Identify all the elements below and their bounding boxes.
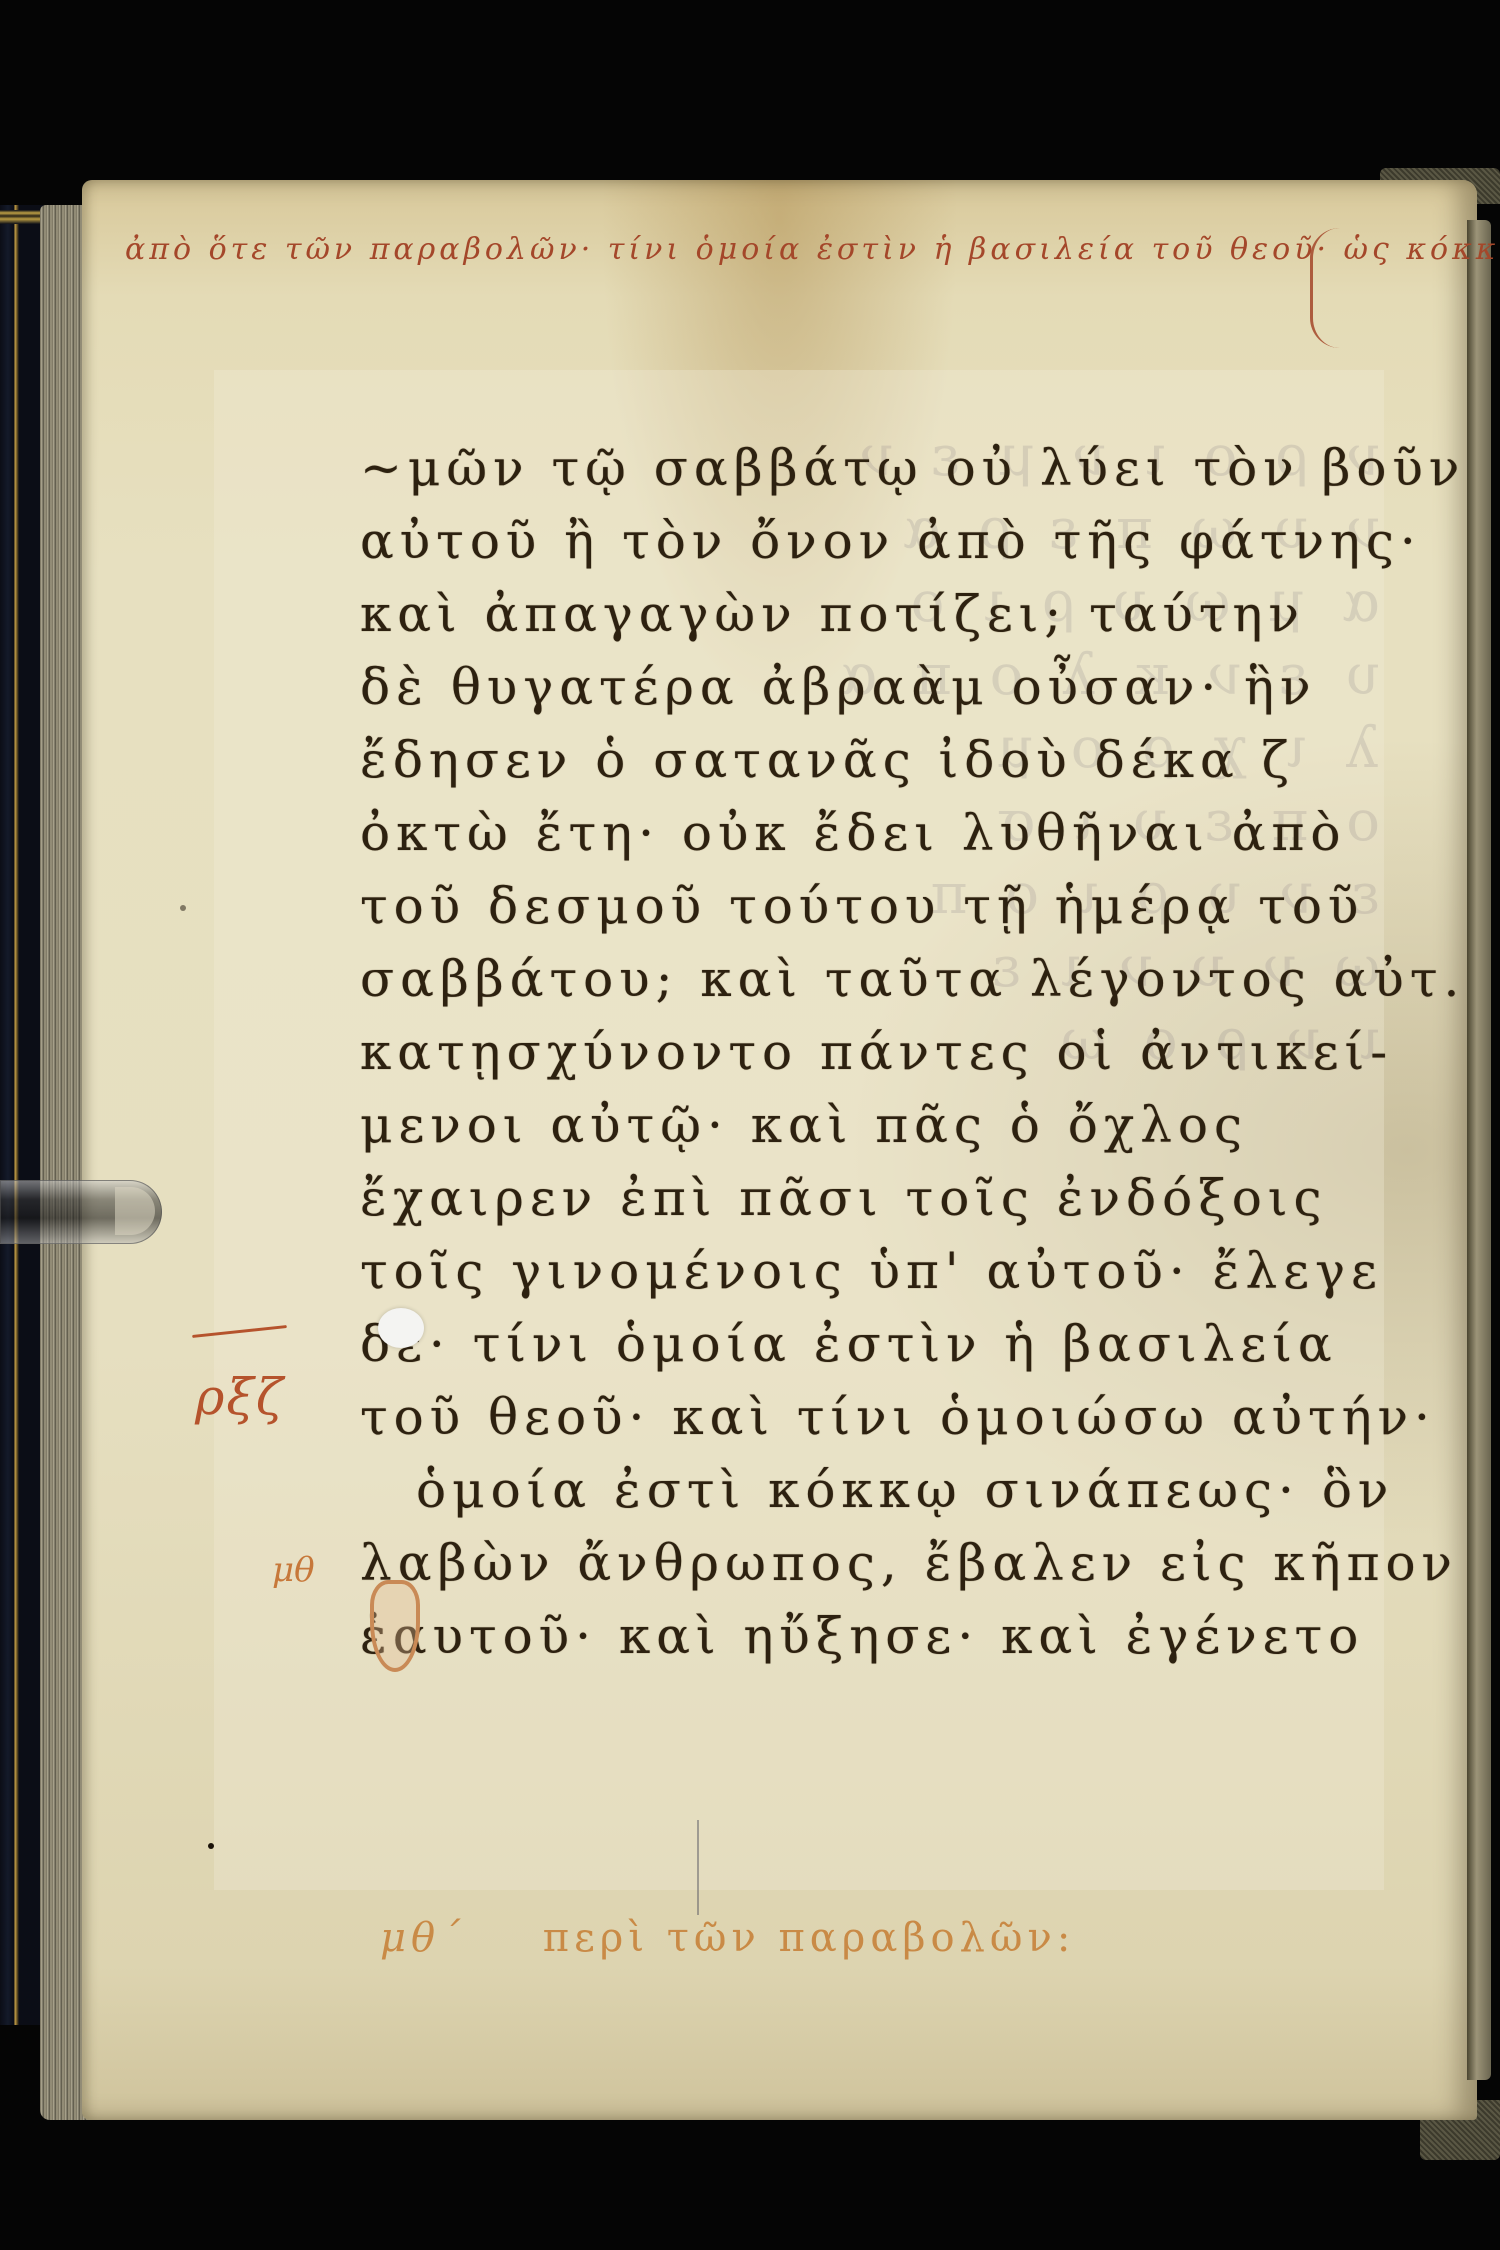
text-line: δὲ· τίνι ὁμοία ἐστὶν ἡ βασιλεία <box>360 1308 1420 1381</box>
main-text-block: ~μῶν τῷ σαββάτῳ οὐ λύει τὸν βοῦν αὐτοῦ ἢ… <box>360 432 1420 1673</box>
text-line: ὁμοία ἐστὶ κόκκῳ σινάπεως· ὃν <box>360 1454 1420 1527</box>
text-line: τοῦ θεοῦ· καὶ τίνι ὁμοιώσω αὐτήν· <box>360 1381 1420 1454</box>
running-head-flourish <box>1310 228 1373 348</box>
ink-dot <box>180 905 186 911</box>
text-line: τοῖς γινομένοις ὑπ' αὐτοῦ· ἔλεγε <box>360 1235 1420 1308</box>
text-line: δὲ θυγατέρα ἀβραὰμ οὖσαν· ἣν <box>360 651 1420 724</box>
text-line: ἑαυτοῦ· καὶ ηὔξησε· καὶ ἐγένετο <box>360 1600 1420 1673</box>
text-line: τοῦ δεσμοῦ τούτου τῇ ἡμέρᾳ τοῦ <box>360 870 1420 943</box>
ink-dot <box>208 1843 214 1849</box>
running-head: ἀπὸ ὅτε τῶν παραβολῶν· τίνι ὁμοία ἐστὶν … <box>125 232 1385 267</box>
text-line: ἔδησεν ὁ σατανᾶς ἰδοὺ δέκα ζ <box>360 724 1420 797</box>
text-line: μενοι αὐτῷ· καὶ πᾶς ὁ ὄχλος <box>360 1089 1420 1162</box>
text-line: καὶ ἀπαγαγὼν ποτίζει; ταύτην <box>360 578 1420 651</box>
text-line: ἔχαιρεν ἐπὶ πᾶσι τοῖς ἐνδόξοις <box>360 1162 1420 1235</box>
text-line: ὀκτὼ ἔτη· οὐκ ἔδει λυθῆναι ἀπὸ <box>360 797 1420 870</box>
text-line: ~μῶν τῷ σαββάτῳ οὐ λύει τὸν βοῦν <box>360 432 1420 505</box>
text-line: λαβὼν ἄνθρωπος, ἔβαλεν εἰς κῆπον <box>360 1527 1420 1600</box>
text-line: σαββάτου; καὶ ταῦτα λέγοντος αὐτ. <box>360 943 1420 1016</box>
pencil-mark <box>697 1820 699 1915</box>
book-clasp <box>0 1180 162 1244</box>
chapter-number: μθ´ <box>380 1915 465 1961</box>
text-line: αὐτοῦ ἢ τὸν ὄνον ἀπὸ τῆς φάτνης· <box>360 505 1420 578</box>
text-line: κατῃσχύνοντο πάντες οἱ ἀντικεί- <box>360 1016 1420 1089</box>
page-right-edge <box>1467 220 1491 2080</box>
parchment-hole <box>378 1308 424 1348</box>
chapter-title-footer: μθ´ περὶ τῶν παραβολῶν: <box>380 1915 1075 1961</box>
kephalaion-marker: μθ <box>272 1550 315 1590</box>
chapter-title: περὶ τῶν παραβολῶν: <box>543 1915 1076 1961</box>
ammonian-section-number: ρξζ <box>195 1368 285 1426</box>
